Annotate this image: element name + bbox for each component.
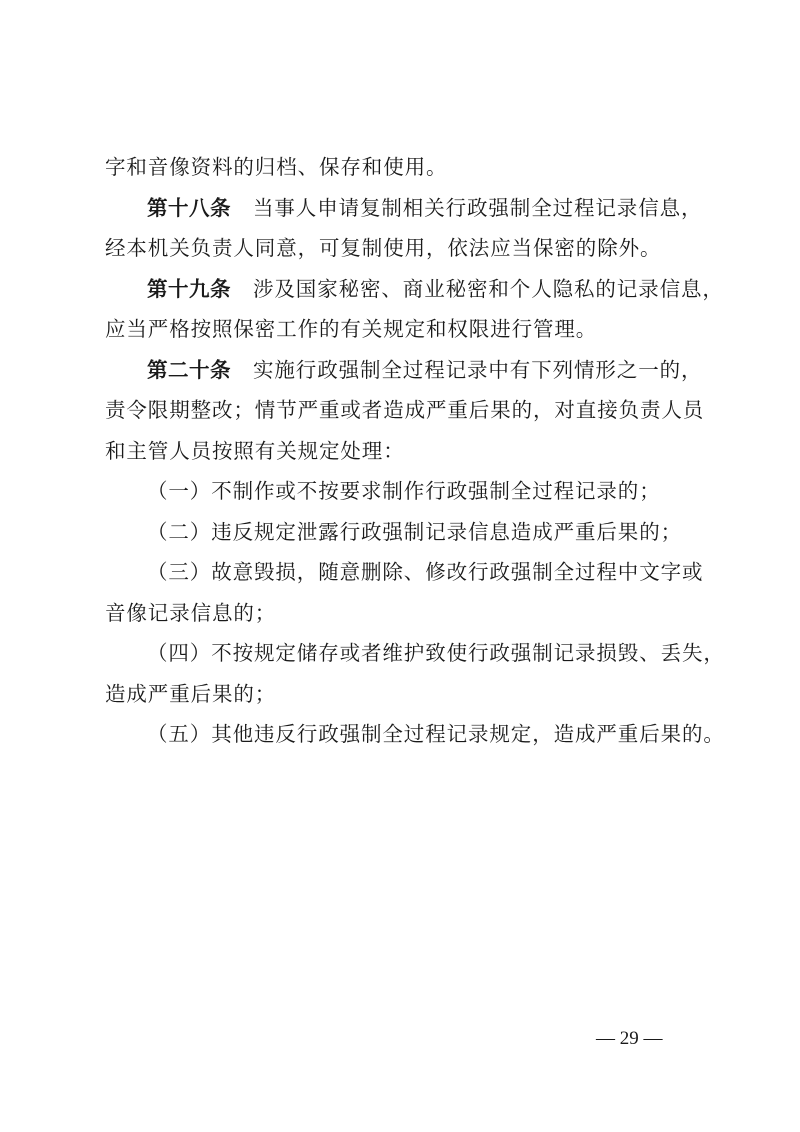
text-line: 应当严格按照保密工作的有关规定和权限进行管理。: [105, 317, 597, 341]
list-item-4-continuation: 造成严重后果的；: [105, 674, 705, 715]
text-line: 实施行政强制全过程记录中有下列情形之一的，: [253, 358, 702, 382]
page-number: — 29 —: [596, 1028, 663, 1050]
item-marker: （二）: [147, 520, 211, 544]
list-item-4: （四）不按规定储存或者维护致使行政强制记录损毁、丢失，: [105, 633, 705, 674]
text-line: 当事人申请复制相关行政强制全过程记录信息，: [253, 196, 702, 220]
text-line: 故意毁损，随意删除、修改行政强制全过程中文字或: [211, 560, 703, 584]
article-20-line-3: 和主管人员按照有关规定处理：: [105, 431, 705, 472]
text-line: 违反规定泄露行政强制记录信息造成严重后果的；: [211, 520, 682, 544]
list-item-2: （二）违反规定泄露行政强制记录信息造成严重后果的；: [105, 512, 705, 553]
article-number: 第二十条: [147, 358, 231, 382]
text-line: 不按规定储存或者维护致使行政强制记录损毁、丢失，: [211, 641, 725, 665]
list-item-3: （三）故意毁损，随意删除、修改行政强制全过程中文字或: [105, 552, 705, 593]
list-item-1: （一）不制作或不按要求制作行政强制全过程记录的；: [105, 471, 705, 512]
item-marker: （四）: [147, 641, 211, 665]
text-line: 责令限期整改；情节严重或者造成严重后果的，对直接负责人员: [105, 398, 704, 422]
article-20-line-2: 责令限期整改；情节严重或者造成严重后果的，对直接负责人员: [105, 390, 705, 431]
article-number: 第十九条: [147, 277, 231, 301]
article-18-line-2: 经本机关负责人同意，可复制使用，依法应当保密的除外。: [105, 228, 705, 269]
item-marker: （五）: [147, 722, 211, 746]
text-line: 涉及国家秘密、商业秘密和个人隐私的记录信息，: [253, 277, 724, 301]
article-19-line-1: 第十九条涉及国家秘密、商业秘密和个人隐私的记录信息，: [105, 269, 705, 310]
article-18-line-1: 第十八条当事人申请复制相关行政强制全过程记录信息，: [105, 188, 705, 229]
paragraph-continuation: 字和音像资料的归档、保存和使用。: [105, 147, 705, 188]
text-line: 经本机关负责人同意，可复制使用，依法应当保密的除外。: [105, 236, 661, 260]
list-item-5: （五）其他违反行政强制全过程记录规定，造成严重后果的。: [105, 714, 705, 755]
text-line: 不制作或不按要求制作行政强制全过程记录的；: [211, 479, 660, 503]
article-number: 第十八条: [147, 196, 231, 220]
document-page: 字和音像资料的归档、保存和使用。 第十八条当事人申请复制相关行政强制全过程记录信…: [105, 147, 705, 755]
list-item-3-continuation: 音像记录信息的；: [105, 593, 705, 634]
text-line: 造成严重后果的；: [105, 682, 276, 706]
text-line: 音像记录信息的；: [105, 601, 276, 625]
text-line: 和主管人员按照有关规定处理：: [105, 439, 405, 463]
text-line: 字和音像资料的归档、保存和使用。: [105, 155, 447, 179]
article-20-line-1: 第二十条实施行政强制全过程记录中有下列情形之一的，: [105, 350, 705, 391]
item-marker: （一）: [147, 479, 211, 503]
item-marker: （三）: [147, 560, 211, 584]
text-line: 其他违反行政强制全过程记录规定，造成严重后果的。: [211, 722, 725, 746]
article-19-line-2: 应当严格按照保密工作的有关规定和权限进行管理。: [105, 309, 705, 350]
